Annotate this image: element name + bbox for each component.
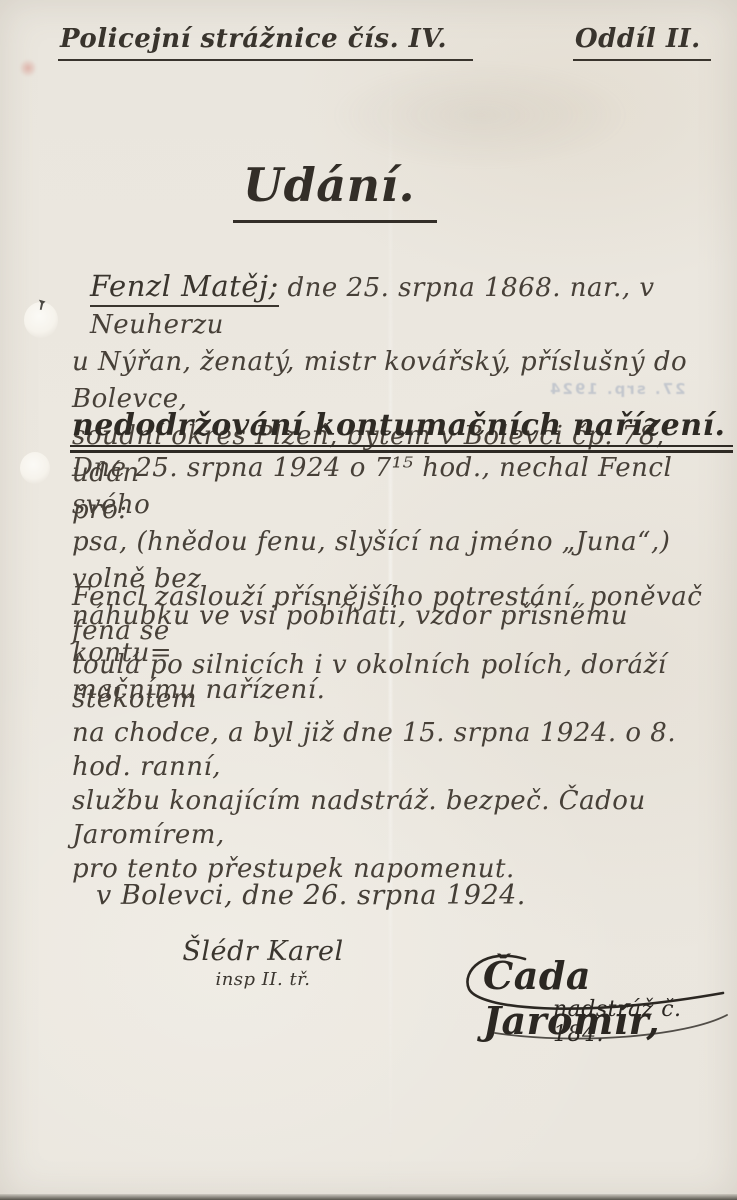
charge-line: nedodržování kontumačních nařízení. [70, 408, 733, 453]
signature-left-name: Šlédr Karel [148, 936, 378, 967]
signature-left-rank: insp II. tř. [148, 969, 378, 990]
page-bottom-edge [0, 1194, 737, 1200]
header-section-text: Oddíl II. [573, 24, 711, 61]
header-station: Policejní strážnice čís. IV. [58, 24, 473, 61]
date-line: v Bolevci, dne 26. srpna 1924. [96, 880, 526, 911]
punch-hole [20, 452, 50, 484]
body-line: na chodce, a byl již dne 15. srpna 1924.… [72, 716, 732, 784]
body-line: toulá po silnicích i v okolních polích, … [72, 648, 732, 716]
document-page: 27. srp. 1924 Policejní strážnice čís. I… [0, 0, 737, 1200]
ink-bleedthrough-smudge [330, 60, 630, 170]
header-section: Oddíl II. [573, 24, 711, 61]
pink-smudge [20, 58, 36, 78]
subject-line: Fenzl Matěj; dne 25. srpna 1868. nar., v… [90, 268, 712, 344]
signature-right-rank: nadstráž č. 184. [553, 997, 737, 1047]
subject-name: Fenzl Matěj; [90, 269, 279, 307]
document-title: Udání. [225, 158, 445, 223]
body-line: službu konajícím nadstráž. bezpeč. Čadou… [72, 784, 732, 852]
signature-left: Šlédr Karel insp II. tř. [148, 936, 378, 990]
header-station-text: Policejní strážnice čís. IV. [58, 24, 473, 61]
subject-line: u Nýřan, ženatý, mistr kovářský, přísluš… [72, 344, 712, 418]
body-paragraph-2: Fencl zaslouží přísnějšího potrestání, p… [72, 580, 732, 886]
body-line: Dne 25. srpna 1924 o 7¹⁵ hod., nechal Fe… [72, 450, 722, 524]
body-line: Fencl zaslouží přísnějšího potrestání, p… [72, 580, 732, 648]
signature-right: Čada Jaromír, nadstráž č. 184. [455, 945, 737, 1050]
